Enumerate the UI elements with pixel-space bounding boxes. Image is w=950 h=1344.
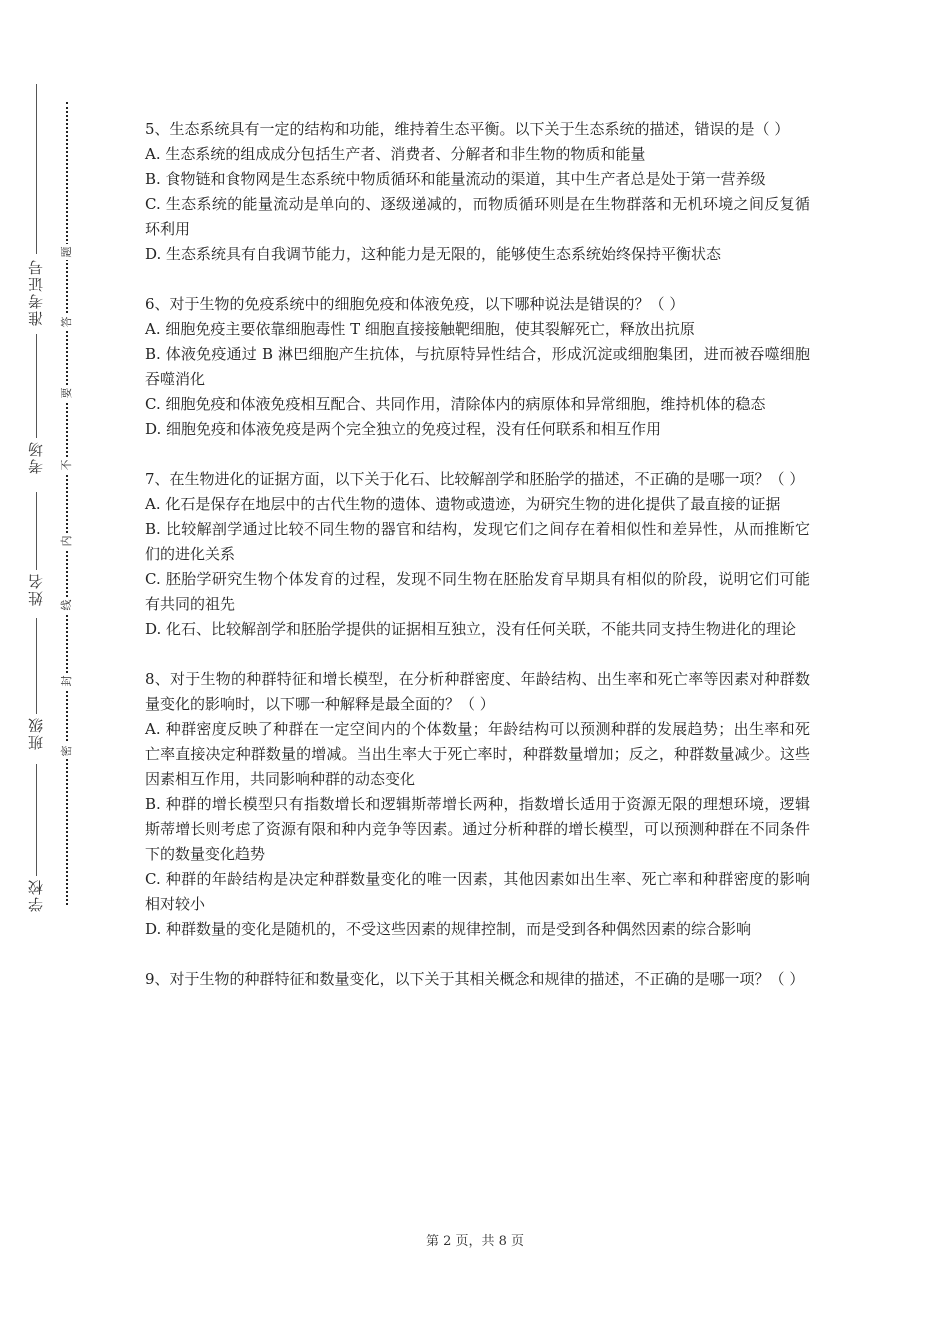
question-stem: 8、对于生物的种群特征和增长模型，在分析种群密度、年龄结构、出生率和死亡率等因素… bbox=[145, 667, 810, 717]
class-field-label: 班级 bbox=[22, 716, 50, 750]
option-b: B. 体液免疫通过 B 淋巴细胞产生抗体，与抗原特异性结合，形成沉淀或细胞集团，… bbox=[145, 342, 810, 392]
question-6: 6、对于生物的免疫系统中的细胞免疫和体液免疫，以下哪种说法是错误的？（ ） A.… bbox=[145, 292, 810, 442]
binding-solid-line bbox=[36, 618, 37, 714]
binding-solid-line bbox=[36, 764, 37, 876]
seal-char: 要 bbox=[60, 385, 74, 401]
school-field-label: 学校 bbox=[22, 878, 50, 912]
question-stem: 9、对于生物的种群特征和数量变化，以下关于其相关概念和规律的描述，不正确的是哪一… bbox=[145, 967, 810, 992]
question-stem: 7、在生物进化的证据方面，以下关于化石、比较解剖学和胚胎学的描述，不正确的是哪一… bbox=[145, 467, 810, 492]
page-number: 第 2 页，共 8 页 bbox=[0, 1230, 950, 1249]
option-b: B. 食物链和食物网是生态系统中物质循环和能量流动的渠道，其中生产者总是处于第一… bbox=[145, 167, 810, 192]
option-a: A. 化石是保存在地层中的古代生物的遗体、遗物或遗迹，为研究生物的进化提供了最直… bbox=[145, 492, 810, 517]
exam-room-field-label: 考场 bbox=[22, 440, 50, 474]
binding-solid-line bbox=[36, 84, 37, 254]
seal-char: 密 bbox=[60, 743, 74, 759]
question-stem: 5、生态系统具有一定的结构和功能，维持着生态平衡。以下关于生态系统的描述，错误的… bbox=[145, 117, 810, 142]
seal-char: 线 bbox=[60, 597, 74, 613]
question-5: 5、生态系统具有一定的结构和功能，维持着生态平衡。以下关于生态系统的描述，错误的… bbox=[145, 117, 810, 267]
exam-id-field-label: 准考证号 bbox=[22, 258, 50, 326]
question-list: 5、生态系统具有一定的结构和功能，维持着生态平衡。以下关于生态系统的描述，错误的… bbox=[145, 117, 810, 1017]
option-d: D. 细胞免疫和体液免疫是两个完全独立的免疫过程，没有任何联系和相互作用 bbox=[145, 417, 810, 442]
option-c: C. 细胞免疫和体液免疫相互配合、共同作用，清除体内的病原体和异常细胞，维持机体… bbox=[145, 392, 810, 417]
option-a: A. 生态系统的组成成分包括生产者、消费者、分解者和非生物的物质和能量 bbox=[145, 142, 810, 167]
option-c: C. 胚胎学研究生物个体发育的过程，发现不同生物在胚胎发育早期具有相似的阶段，说… bbox=[145, 567, 810, 617]
option-b: B. 比较解剖学通过比较不同生物的器官和结构，发现它们之间存在着相似性和差异性，… bbox=[145, 517, 810, 567]
question-stem: 6、对于生物的免疫系统中的细胞免疫和体液免疫，以下哪种说法是错误的？（ ） bbox=[145, 292, 810, 317]
seal-char: 题 bbox=[60, 244, 74, 260]
seal-char: 封 bbox=[60, 673, 74, 689]
option-c: C. 种群的年龄结构是决定种群数量变化的唯一因素，其他因素如出生率、死亡率和种群… bbox=[145, 867, 810, 917]
option-a: A. 种群密度反映了种群在一定空间内的个体数量；年龄结构可以预测种群的发展趋势；… bbox=[145, 717, 810, 792]
question-8: 8、对于生物的种群特征和增长模型，在分析种群密度、年龄结构、出生率和死亡率等因素… bbox=[145, 667, 810, 942]
binding-solid-line bbox=[36, 334, 37, 438]
option-d: D. 生态系统具有自我调节能力，这种能力是无限的，能够使生态系统始终保持平衡状态 bbox=[145, 242, 810, 267]
option-d: D. 种群数量的变化是随机的，不受这些因素的规律控制，而是受到各种偶然因素的综合… bbox=[145, 917, 810, 942]
option-a: A. 细胞免疫主要依靠细胞毒性 T 细胞直接接触靶细胞，使其裂解死亡，释放出抗原 bbox=[145, 317, 810, 342]
question-7: 7、在生物进化的证据方面，以下关于化石、比较解剖学和胚胎学的描述，不正确的是哪一… bbox=[145, 467, 810, 642]
binding-margin: 准考证号 考场 姓名 班级 学校 题 答 要 不 内 线 封 密 bbox=[0, 0, 100, 1344]
binding-solid-line bbox=[36, 492, 37, 570]
binding-dotted-line bbox=[66, 102, 68, 905]
seal-char: 不 bbox=[60, 457, 74, 473]
seal-char: 答 bbox=[60, 314, 74, 330]
option-b: B. 种群的增长模型只有指数增长和逻辑斯蒂增长两种，指数增长适用于资源无限的理想… bbox=[145, 792, 810, 867]
seal-char: 内 bbox=[60, 533, 74, 549]
option-c: C. 生态系统的能量流动是单向的、逐级递减的，而物质循环则是在生物群落和无机环境… bbox=[145, 192, 810, 242]
name-field-label: 姓名 bbox=[22, 572, 50, 606]
question-9: 9、对于生物的种群特征和数量变化，以下关于其相关概念和规律的描述，不正确的是哪一… bbox=[145, 967, 810, 992]
option-d: D. 化石、比较解剖学和胚胎学提供的证据相互独立，没有任何关联，不能共同支持生物… bbox=[145, 617, 810, 642]
